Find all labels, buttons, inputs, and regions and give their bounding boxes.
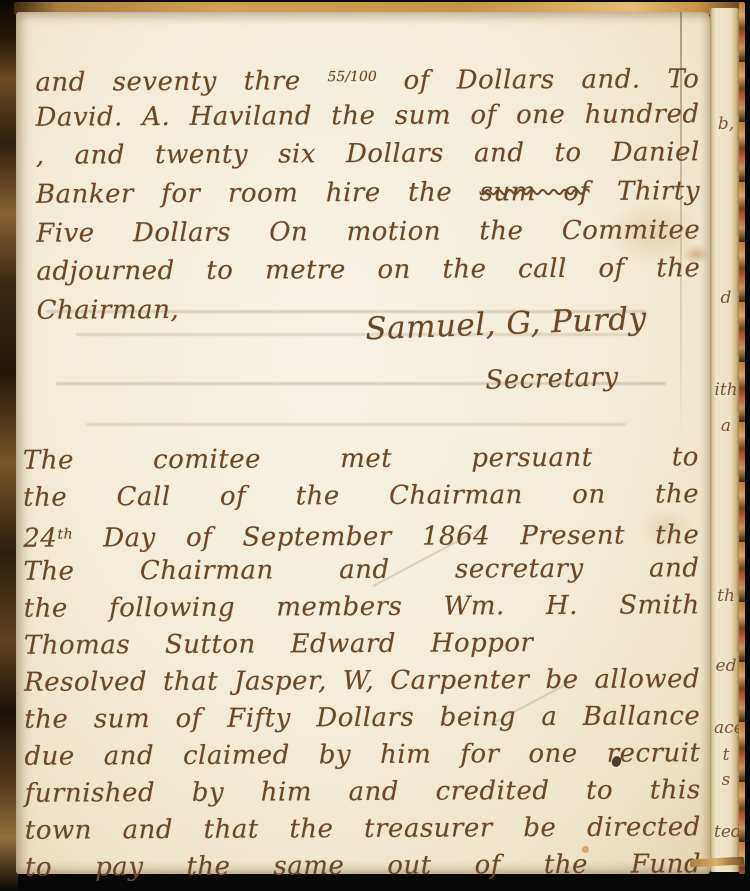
line-segment: 24: [23, 524, 57, 554]
next-page-text-fragment: t: [714, 745, 738, 765]
next-page-sliver: b, d ith a th ed ace t s ted: [710, 8, 740, 872]
next-page-text-fragment: d: [714, 288, 738, 308]
manuscript-line: Five Dollars On motion the Commitee: [36, 211, 700, 253]
ordinal-suffix: th: [57, 527, 73, 543]
manuscript-line: to pay the same out of the Fund: [25, 846, 701, 887]
manuscript-line: the Call of the Chairman on the: [23, 476, 699, 517]
signature-title: Secretary: [412, 360, 693, 397]
next-page-text-fragment: ith: [714, 380, 738, 400]
struck-through-words: sum of: [480, 177, 590, 208]
line-segment: and seventy thre: [35, 66, 300, 97]
manuscript-line: and seventy thre 55/100 of Dollars and. …: [35, 56, 699, 98]
manuscript-line: due and claimed by him for one recruit: [24, 735, 700, 776]
fraction-55-100: 55/100: [327, 69, 376, 85]
manuscript-line: , and twenty six Dollars and to Daniel: [36, 134, 700, 176]
manuscript-line: the sum of Fifty Dollars being a Ballanc…: [24, 698, 700, 739]
manuscript-line: town and that the treasurer be directed: [25, 809, 701, 850]
manuscript-line: The Chairman and secretary and: [23, 550, 699, 591]
manuscript-line: adjourned to metre on the call of the: [36, 250, 700, 292]
next-page-text-fragment: b,: [714, 114, 738, 134]
manuscript-line: Resolved that Jasper, W, Carpenter be al…: [24, 661, 700, 702]
manuscript-line: The comitee met persuant to: [23, 439, 699, 480]
next-page-text-fragment: a: [714, 416, 738, 436]
paragraph-2: The comitee met persuant to the Call of …: [23, 439, 701, 887]
next-page-text-fragment: ed: [714, 656, 738, 676]
manuscript-page: and seventy thre 55/100 of Dollars and. …: [16, 12, 710, 874]
line-segment: of Dollars and. To: [404, 64, 700, 96]
next-page-text-fragment: th: [714, 586, 738, 606]
book-scan: and seventy thre 55/100 of Dollars and. …: [0, 0, 750, 891]
next-page-text-fragment: s: [714, 770, 738, 790]
next-page-text-fragment: ace: [714, 718, 738, 738]
line-segment: Thirty: [617, 176, 700, 206]
manuscript-line: 24th Day of September 1864 Present the: [23, 513, 699, 554]
manuscript-line: the following members Wm. H. Smith: [24, 587, 700, 628]
manuscript-line: furnished by him and credited to this: [25, 772, 701, 813]
manuscript-line: David. A. Haviland the sum of one hundre…: [35, 95, 699, 137]
manuscript-line: Thomas Sutton Edward Hoppor: [24, 624, 700, 665]
line-segment: Banker for room hire the: [36, 178, 452, 210]
page-edge-stack-right: [739, 2, 745, 874]
line-segment: Day of September 1864 Present the: [103, 520, 699, 553]
paragraph-1: and seventy thre 55/100 of Dollars and. …: [35, 56, 700, 330]
next-page-text-fragment: ted: [714, 822, 738, 842]
show-through-line: [86, 423, 626, 426]
manuscript-line: Banker for room hire the sum of Thirty: [36, 172, 700, 214]
